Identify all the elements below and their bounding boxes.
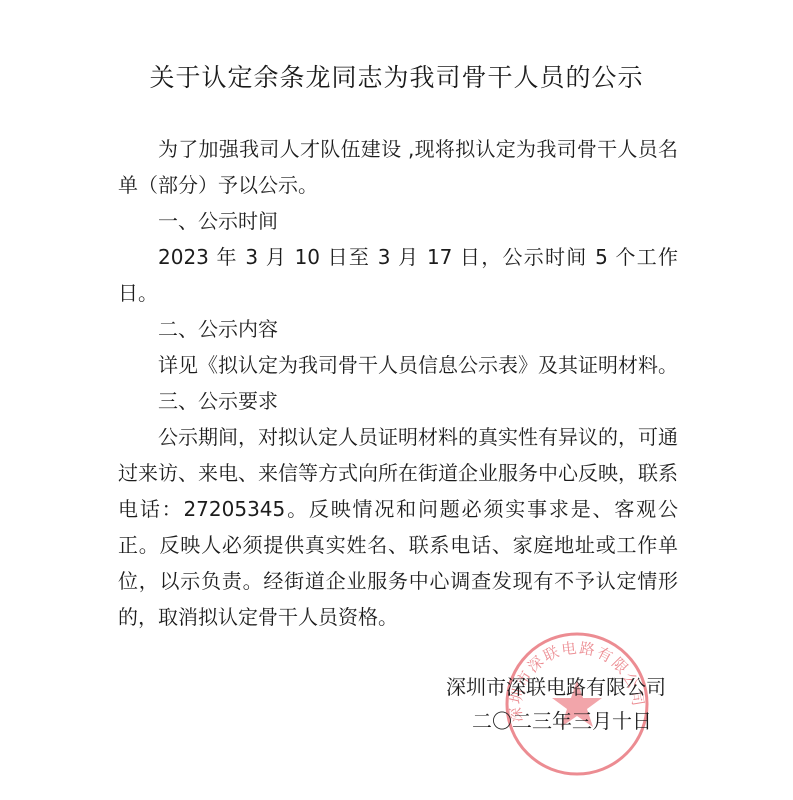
section-time-text: 2023 年 3 月 10 日至 3 月 17 日，公示时间 5 个工作日。	[118, 239, 678, 311]
signature-company: 深圳市深联电路有限公司	[446, 670, 666, 704]
document-body: 为了加强我司人才队伍建设 ,现将拟认定为我司骨干人员名单（部分）予以公示。 一、…	[118, 131, 678, 635]
signature-date: 二〇二三年三月十日	[446, 704, 666, 738]
signature-block: 深圳市深联电路有限公司 二〇二三年三月十日	[446, 670, 666, 738]
section-requirements-text: 公示期间，对拟认定人员证明材料的真实性有异议的，可通过来访、来电、来信等方式向所…	[118, 419, 678, 635]
section-content-text: 详见《拟认定为我司骨干人员信息公示表》及其证明材料。	[118, 347, 678, 383]
intro-paragraph: 为了加强我司人才队伍建设 ,现将拟认定为我司骨干人员名单（部分）予以公示。	[118, 131, 678, 203]
section-heading-time: 一、公示时间	[118, 203, 678, 239]
section-heading-requirements: 三、公示要求	[118, 383, 678, 419]
document-title: 关于认定余条龙同志为我司骨干人员的公示	[0, 58, 793, 94]
section-heading-content: 二、公示内容	[118, 311, 678, 347]
